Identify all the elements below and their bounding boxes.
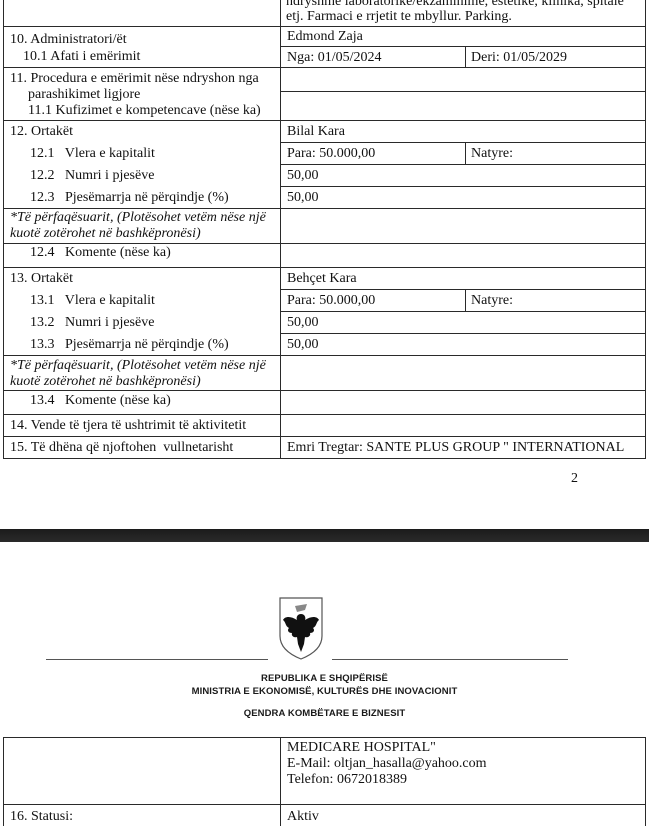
page-number: 2 — [571, 471, 578, 487]
voluntary-data-value: Emri Tregtar: SANTE PLUS GROUP " INTERNA… — [287, 440, 624, 456]
partner-1-name: Bilal Kara — [287, 124, 345, 140]
header-rule-left — [46, 659, 268, 660]
partner-2-capital-nature: Natyre: — [471, 293, 513, 309]
administrator-name: Edmond Zaja — [287, 29, 363, 45]
partner-1-representative-note-2: kuotë zotërohet në bashkëpronësi) — [10, 226, 201, 242]
administrators-label: 10. Administratori/ët — [10, 32, 127, 48]
partner-1-comments-label: 12.4 Komente (nëse ka) — [30, 245, 171, 261]
header-ministry: MINISTRIA E EKONOMISË, KULTURËS DHE INOV… — [0, 686, 649, 697]
partner-2-percent-label: 13.3 Pjesëmarrja në përqindje (%) — [30, 337, 229, 353]
partner-2-shares-label: 13.2 Numri i pjesëve — [30, 315, 154, 331]
header-business-center: QENDRA KOMBËTARE E BIZNESIT — [0, 708, 649, 719]
competence-limits-label: 11.1 Kufizimet e kompetencave (nëse ka) — [28, 103, 261, 119]
partner-2-representative-note-2: kuotë zotërohet në bashkëpronësi) — [10, 374, 201, 390]
partner-2-label: 13. Ortakët — [10, 271, 73, 287]
partner-1-capital-nature: Natyre: — [471, 146, 513, 162]
partner-2-representative-note-1: *Të përfaqësuarit, (Plotësohet vetëm nës… — [10, 358, 266, 374]
appointment-term-label: 10.1 Afati i emërimit — [23, 49, 140, 65]
partner-1-percent-value: 50,00 — [287, 190, 319, 206]
status-value: Aktiv — [287, 809, 319, 825]
page-separator — [0, 529, 649, 542]
status-label: 16. Statusi: — [10, 809, 73, 825]
term-from-date: Nga: 01/05/2024 — [287, 50, 382, 66]
partner-1-representative-note-1: *Të përfaqësuarit, (Plotësohet vetëm nës… — [10, 210, 266, 226]
partner-2-percent-value: 50,00 — [287, 337, 319, 353]
partner-2-capital-money: Para: 50.000,00 — [287, 293, 375, 309]
contact-phone: Telefon: 0672018389 — [287, 772, 407, 788]
other-places-label: 14. Vende të tjera të ushtrimit të aktiv… — [10, 418, 246, 434]
appointment-procedure-label-1: 11. Procedura e emërimit nëse ndryshon n… — [10, 71, 259, 87]
voluntary-data-label: 15. Të dhëna që njoftohen vullnetarisht — [10, 440, 233, 456]
activity-continuation-line-2: etj. Farmaci e rrjetit te mbyllur. Parki… — [286, 9, 512, 25]
partner-1-capital-money: Para: 50.000,00 — [287, 146, 375, 162]
header-republic: REPUBLIKA E SHQIPËRISË — [0, 673, 649, 684]
appointment-procedure-label-2: parashikimet ligjore — [28, 87, 140, 103]
header-rule-right — [332, 659, 568, 660]
partner-1-shares-label: 12.2 Numri i pjesëve — [30, 168, 154, 184]
albanian-coat-of-arms-icon — [277, 596, 325, 660]
contact-email: E-Mail: oltjan_hasalla@yahoo.com — [287, 756, 487, 772]
partner-1-shares-value: 50,00 — [287, 168, 319, 184]
partner-2-capital-label: 13.1 Vlera e kapitalit — [30, 293, 155, 309]
partner-2-name: Behçet Kara — [287, 271, 357, 287]
partner-1-percent-label: 12.3 Pjesëmarrja në përqindje (%) — [30, 190, 229, 206]
partner-1-label: 12. Ortakët — [10, 124, 73, 140]
partner-2-comments-label: 13.4 Komente (nëse ka) — [30, 393, 171, 409]
trade-name-continuation: MEDICARE HOSPITAL" — [287, 740, 436, 756]
partner-1-capital-label: 12.1 Vlera e kapitalit — [30, 146, 155, 162]
partner-2-shares-value: 50,00 — [287, 315, 319, 331]
term-to-date: Deri: 01/05/2029 — [471, 50, 567, 66]
